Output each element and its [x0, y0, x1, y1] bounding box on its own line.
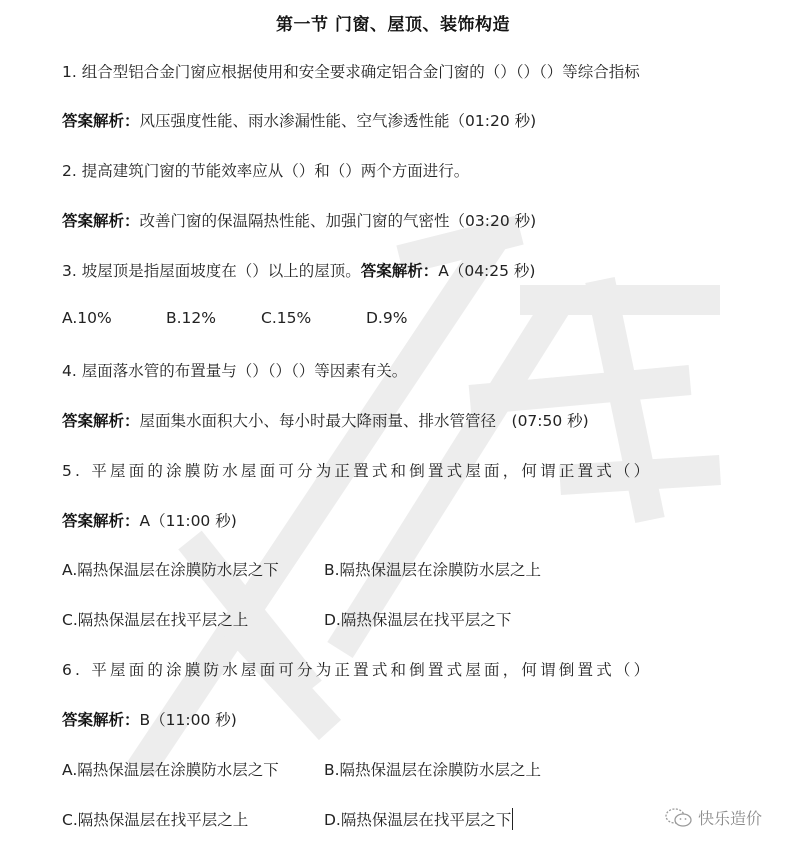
- answer-5: 答案解析：A（11:00 秒): [62, 509, 237, 531]
- answer-label: 答案解析：: [62, 212, 140, 230]
- option-a: A.隔热保温层在涂膜防水层之下: [62, 758, 324, 780]
- options-6-row-1: A.隔热保温层在涂膜防水层之下B.隔热保温层在涂膜防水层之上: [62, 758, 541, 780]
- question-text: 3. 坡屋顶是指屋面坡度在（）以上的屋顶。: [62, 262, 361, 280]
- option-d: D.隔热保温层在找平层之下: [324, 808, 511, 830]
- answer-label: 答案解析：: [361, 262, 439, 280]
- answer-text: 屋面集水面积大小、每小时最大降雨量、排水管管径 (07:50 秒): [140, 412, 589, 430]
- brand-watermark: 快乐造价: [664, 806, 762, 829]
- options-3: A.10%B.12%C.15%D.9%: [62, 309, 407, 327]
- option-d: D.隔热保温层在找平层之下: [324, 608, 511, 630]
- answer-text: A（04:25 秒): [438, 262, 535, 280]
- options-6-row-2: C.隔热保温层在找平层之上D.隔热保温层在找平层之下: [62, 808, 513, 830]
- answer-label: 答案解析：: [62, 711, 140, 729]
- option-c: C.隔热保温层在找平层之上: [62, 608, 324, 630]
- option-a: A.隔热保温层在涂膜防水层之下: [62, 558, 324, 580]
- answer-label: 答案解析：: [62, 412, 140, 430]
- question-4: 4. 屋面落水管的布置量与（）（）（）等因素有关。: [62, 359, 407, 381]
- brand-name: 快乐造价: [698, 806, 762, 829]
- answer-label: 答案解析：: [62, 512, 140, 530]
- section-title: 第一节 门窗、屋顶、装饰构造: [0, 10, 786, 35]
- question-5: 5. 平屋面的涂膜防水屋面可分为正置式和倒置式屋面，何谓正置式（）: [62, 459, 652, 481]
- option-b: B.隔热保温层在涂膜防水层之上: [324, 558, 541, 580]
- option-c: C.隔热保温层在找平层之上: [62, 808, 324, 830]
- options-5-row-1: A.隔热保温层在涂膜防水层之下B.隔热保温层在涂膜防水层之上: [62, 558, 541, 580]
- answer-text: 风压强度性能、雨水渗漏性能、空气渗透性能（01:20 秒): [140, 112, 537, 130]
- answer-text: B（11:00 秒): [140, 711, 237, 729]
- answer-text: A（11:00 秒): [140, 512, 237, 530]
- answer-label: 答案解析：: [62, 112, 140, 130]
- option-c: C.15%: [261, 309, 366, 327]
- answer-6: 答案解析：B（11:00 秒): [62, 708, 237, 730]
- option-a: A.10%: [62, 309, 166, 327]
- question-2: 2. 提高建筑门窗的节能效率应从（）和（）两个方面进行。: [62, 159, 469, 181]
- answer-4: 答案解析：屋面集水面积大小、每小时最大降雨量、排水管管径 (07:50 秒): [62, 409, 589, 431]
- wechat-icon: [664, 807, 694, 829]
- option-d: D.9%: [366, 309, 407, 327]
- answer-1: 答案解析：风压强度性能、雨水渗漏性能、空气渗透性能（01:20 秒): [62, 109, 536, 131]
- text-cursor: [512, 808, 513, 830]
- question-6: 6. 平屋面的涂膜防水屋面可分为正置式和倒置式屋面，何谓倒置式（）: [62, 658, 652, 680]
- question-1: 1. 组合型铝合金门窗应根据使用和安全要求确定铝合金门窗的（）（）（）等综合指标: [62, 60, 640, 82]
- option-b: B.隔热保温层在涂膜防水层之上: [324, 758, 541, 780]
- options-5-row-2: C.隔热保温层在找平层之上D.隔热保温层在找平层之下: [62, 608, 511, 630]
- answer-2: 答案解析：改善门窗的保温隔热性能、加强门窗的气密性（03:20 秒): [62, 209, 536, 231]
- question-3: 3. 坡屋顶是指屋面坡度在（）以上的屋顶。答案解析：A（04:25 秒): [62, 259, 535, 281]
- answer-text: 改善门窗的保温隔热性能、加强门窗的气密性（03:20 秒): [140, 212, 537, 230]
- option-b: B.12%: [166, 309, 261, 327]
